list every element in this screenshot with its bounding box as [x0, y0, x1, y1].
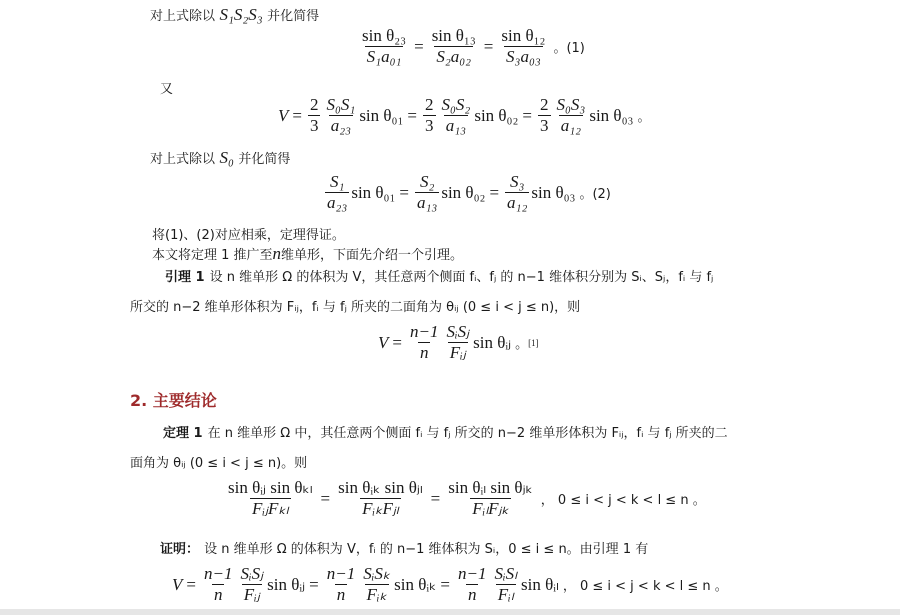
proof-label: 证明：	[160, 542, 199, 557]
text-line-divide-s1s2s3: 对上式除以 S₁S₂S₃ 并化简得	[150, 5, 319, 27]
text-fragment: 并化简得	[267, 9, 319, 24]
text-line-generalize: 本文将定理 1 推广至n维单形，下面先介绍一个引理。	[152, 244, 463, 264]
equation-label: 。(1)	[553, 37, 584, 56]
text-fragment: 对上式除以	[150, 9, 215, 24]
lemma-equation: V= n−1n SᵢSⱼFᵢⱼ sin θᵢⱼ 。 [1]	[378, 322, 539, 363]
text-you: 又	[160, 78, 173, 97]
proof-equation: V= n−1n SᵢSⱼFᵢⱼ sin θᵢⱼ= n−1n SᵢSₖFᵢₖ si…	[172, 564, 728, 605]
equation-1: sin θ₂₃S₁a₀₁ = sin θ₁₃S₂a₀₂ = sin θ₁₂S₃a…	[358, 26, 585, 67]
section-heading: 2. 主要结论	[130, 388, 217, 411]
equation-volume: V= 23 S₀S₁a₂₃ sin θ₀₁= 23 S₀S₂a₁₃ sin θ₀…	[278, 95, 650, 136]
page-bottom-edge	[0, 609, 900, 615]
text-line-multiply: 将(1)、(2)对应相乘，定理得证。	[152, 224, 345, 243]
theorem-equation: sin θᵢⱼ sin θₖₗFᵢⱼFₖₗ = sin θᵢₖ sin θⱼₗF…	[224, 478, 706, 519]
proof-line-1: 证明： 设 n 维单形 Ω 的体积为 V，fᵢ 的 n−1 维体积为 Sᵢ，0 …	[160, 538, 648, 557]
text-line-divide-s0: 对上式除以 S₀ 并化简得	[150, 148, 290, 170]
fraction: sin θ₂₃S₁a₀₁	[360, 26, 408, 67]
citation-ref[interactable]: [1]	[528, 338, 539, 348]
fraction: sin θ₁₃S₂a₀₂	[430, 26, 478, 67]
math-fragment: S₁S₂S₃	[219, 5, 262, 24]
lemma-1-line-1: 引理 1 设 n 维单形 Ω 的体积为 V，其任意两个侧面 fᵢ、fⱼ 的 n−…	[165, 266, 713, 285]
equation-2: S₁a₂₃ sin θ₀₁= S₂a₁₃ sin θ₀₂= S₃a₁₂ sin …	[323, 172, 611, 213]
lemma-1-line-2: 所交的 n−2 维单形体积为 Fᵢⱼ，fᵢ 与 fⱼ 所夹的二面角为 θᵢⱼ (…	[130, 296, 580, 315]
lemma-label: 引理 1	[165, 270, 205, 285]
theorem-label: 定理 1	[163, 426, 203, 441]
theorem-1-line-1: 定理 1 在 n 维单形 Ω 中，其任意两个侧面 fᵢ 与 fⱼ 所交的 n−2…	[163, 422, 728, 441]
fraction: sin θ₁₂S₃a₀₃	[499, 26, 547, 67]
theorem-1-line-2: 面角为 θᵢⱼ (0 ≤ i < j ≤ n)。则	[130, 452, 307, 471]
